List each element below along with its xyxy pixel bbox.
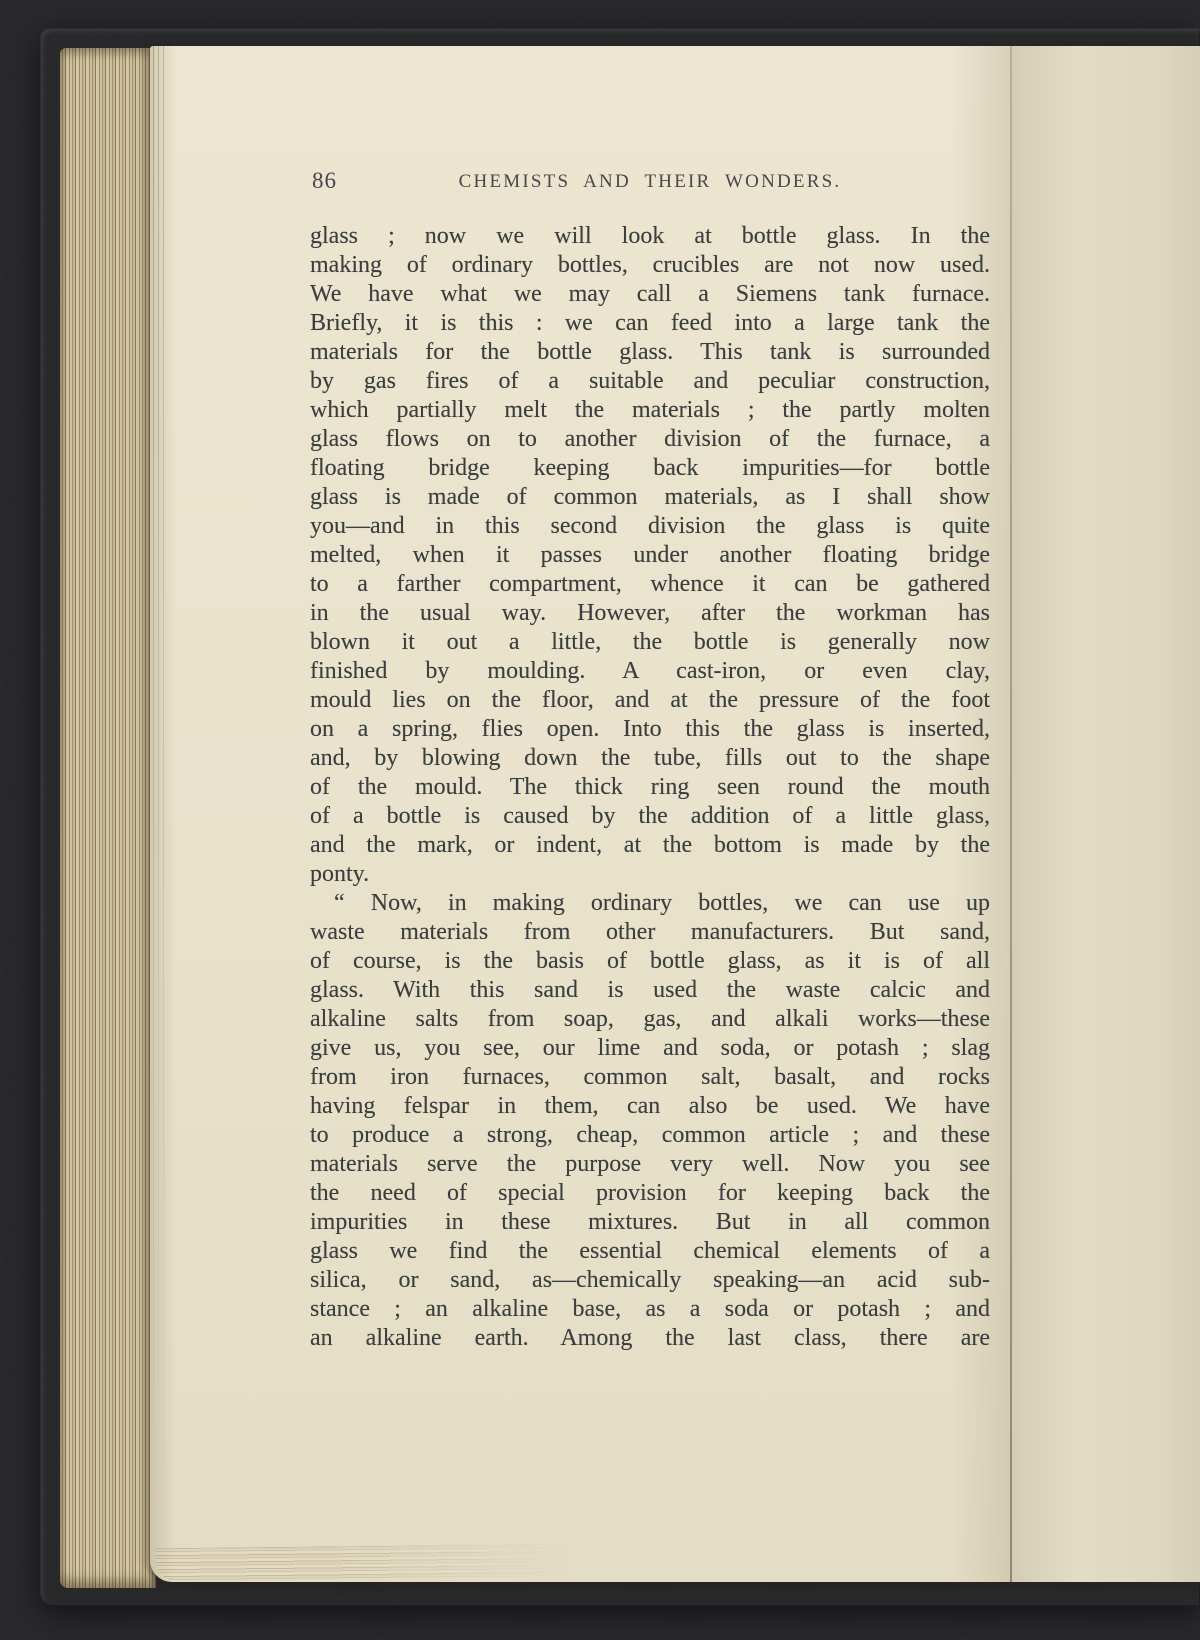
text-line: silica, or sand, as—chemically speaking—… xyxy=(310,1266,990,1295)
printed-content: 86 CHEMISTS AND THEIR WONDERS. glass ; n… xyxy=(310,164,990,1353)
text-line: from iron furnaces, common salt, basalt,… xyxy=(310,1063,990,1092)
fanned-page-edges xyxy=(60,48,156,1588)
text-line: of a bottle is caused by the addition of… xyxy=(310,802,990,831)
text-line: making of ordinary bottles, crucibles ar… xyxy=(310,251,990,280)
text-line: finished by moulding. A cast-iron, or ev… xyxy=(310,657,990,686)
text-line: give us, you see, our lime and soda, or … xyxy=(310,1034,990,1063)
text-line: by gas fires of a suitable and peculiar … xyxy=(310,367,990,396)
text-line: mould lies on the floor, and at the pres… xyxy=(310,686,990,715)
text-line: you—and in this second division the glas… xyxy=(310,512,990,541)
text-line: glass we find the essential chemical ele… xyxy=(310,1237,990,1266)
text-line: having felspar in them, can also be used… xyxy=(310,1092,990,1121)
text-line: of the mould. The thick ring seen round … xyxy=(310,773,990,802)
book-photograph: 86 CHEMISTS AND THEIR WONDERS. glass ; n… xyxy=(0,0,1200,1640)
text-line: Briefly, it is this : we can feed into a… xyxy=(310,309,990,338)
text-line: the need of special provision for keepin… xyxy=(310,1179,990,1208)
text-line: glass flows on to another division of th… xyxy=(310,425,990,454)
text-line: to produce a strong, cheap, common artic… xyxy=(310,1121,990,1150)
gutter-crease-line xyxy=(1010,46,1012,1582)
page-left-shadow xyxy=(150,46,176,1582)
page-header: 86 CHEMISTS AND THEIR WONDERS. xyxy=(310,164,990,198)
text-line: floating bridge keeping back impurities—… xyxy=(310,454,990,483)
paragraph: glass ; now we will look at bottle glass… xyxy=(310,222,990,889)
text-line: an alkaline earth. Among the last class,… xyxy=(310,1324,990,1353)
text-line: materials for the bottle glass. This tan… xyxy=(310,338,990,367)
text-line: alkaline salts from soap, gas, and alkal… xyxy=(310,1005,990,1034)
text-line: glass ; now we will look at bottle glass… xyxy=(310,222,990,251)
text-line: in the usual way. However, after the wor… xyxy=(310,599,990,628)
text-line: which partially melt the materials ; the… xyxy=(310,396,990,425)
text-line: We have what we may call a Siemens tank … xyxy=(310,280,990,309)
text-line: glass. With this sand is used the waste … xyxy=(310,976,990,1005)
text-line: of course, is the basis of bottle glass,… xyxy=(310,947,990,976)
text-line: glass is made of common materials, as I … xyxy=(310,483,990,512)
text-line: ponty. xyxy=(310,860,990,889)
text-line: materials serve the purpose very well. N… xyxy=(310,1150,990,1179)
text-line: and, by blowing down the tube, fills out… xyxy=(310,744,990,773)
bottom-sheet-edges xyxy=(156,1544,576,1582)
paragraph: “ Now, in making ordinary bottles, we ca… xyxy=(310,889,990,1353)
text-line: to a farther compartment, whence it can … xyxy=(310,570,990,599)
book-page: 86 CHEMISTS AND THEIR WONDERS. glass ; n… xyxy=(150,46,1200,1582)
text-line: waste materials from other manufacturers… xyxy=(310,918,990,947)
text-line: and the mark, or indent, at the bottom i… xyxy=(310,831,990,860)
gutter-fold-area xyxy=(1012,46,1200,1582)
text-line: blown it out a little, the bottle is gen… xyxy=(310,628,990,657)
text-line: melted, when it passes under another flo… xyxy=(310,541,990,570)
text-line: stance ; an alkaline base, as a soda or … xyxy=(310,1295,990,1324)
text-line: on a spring, flies open. Into this the g… xyxy=(310,715,990,744)
text-line: impurities in these mixtures. But in all… xyxy=(310,1208,990,1237)
page-number: 86 xyxy=(312,168,337,194)
text-line: “ Now, in making ordinary bottles, we ca… xyxy=(310,889,990,918)
body-text: glass ; now we will look at bottle glass… xyxy=(310,222,990,1353)
running-header: CHEMISTS AND THEIR WONDERS. xyxy=(310,164,990,193)
